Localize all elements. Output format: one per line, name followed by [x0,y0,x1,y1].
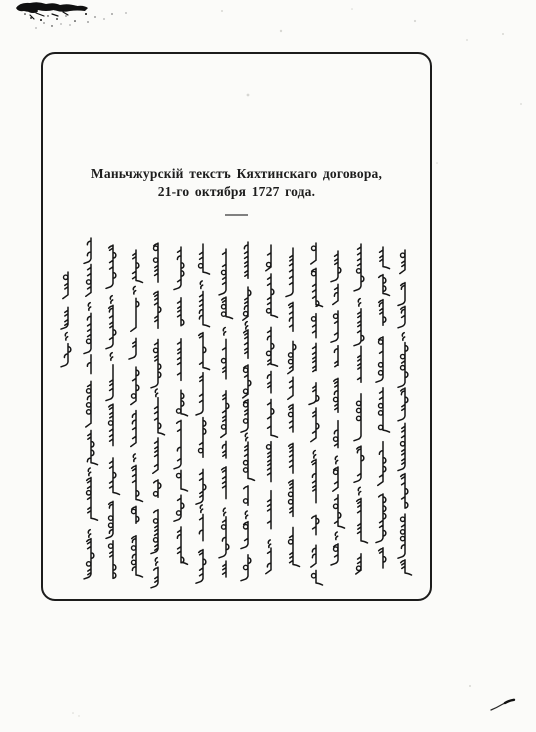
manchu-script-column [196,244,210,583]
manchu-script-column [174,247,188,564]
paper-specks [72,8,522,717]
manchu-script-column [309,243,323,585]
pen-stroke [491,700,514,710]
manchu-script-column [106,245,120,578]
manchu-script-column [151,243,165,588]
manchu-script-column [241,242,255,581]
manchu-script-block [61,238,412,588]
manchu-script-column [331,251,345,565]
manchu-script-column [286,248,300,567]
scan-page: Маньчжурскій текстъ Кяхтинскаго договора… [0,0,536,732]
manchu-script-column [398,250,412,575]
manchu-script-column [354,244,368,574]
manchu-script-column [129,250,143,577]
manchu-script-column [84,238,98,579]
scan-overlay [0,0,536,732]
manchu-script-column [376,247,390,568]
manchu-script-column [266,245,278,574]
manchu-script-column [61,272,71,367]
manchu-script-column [219,249,233,577]
ink-blot [16,2,127,28]
